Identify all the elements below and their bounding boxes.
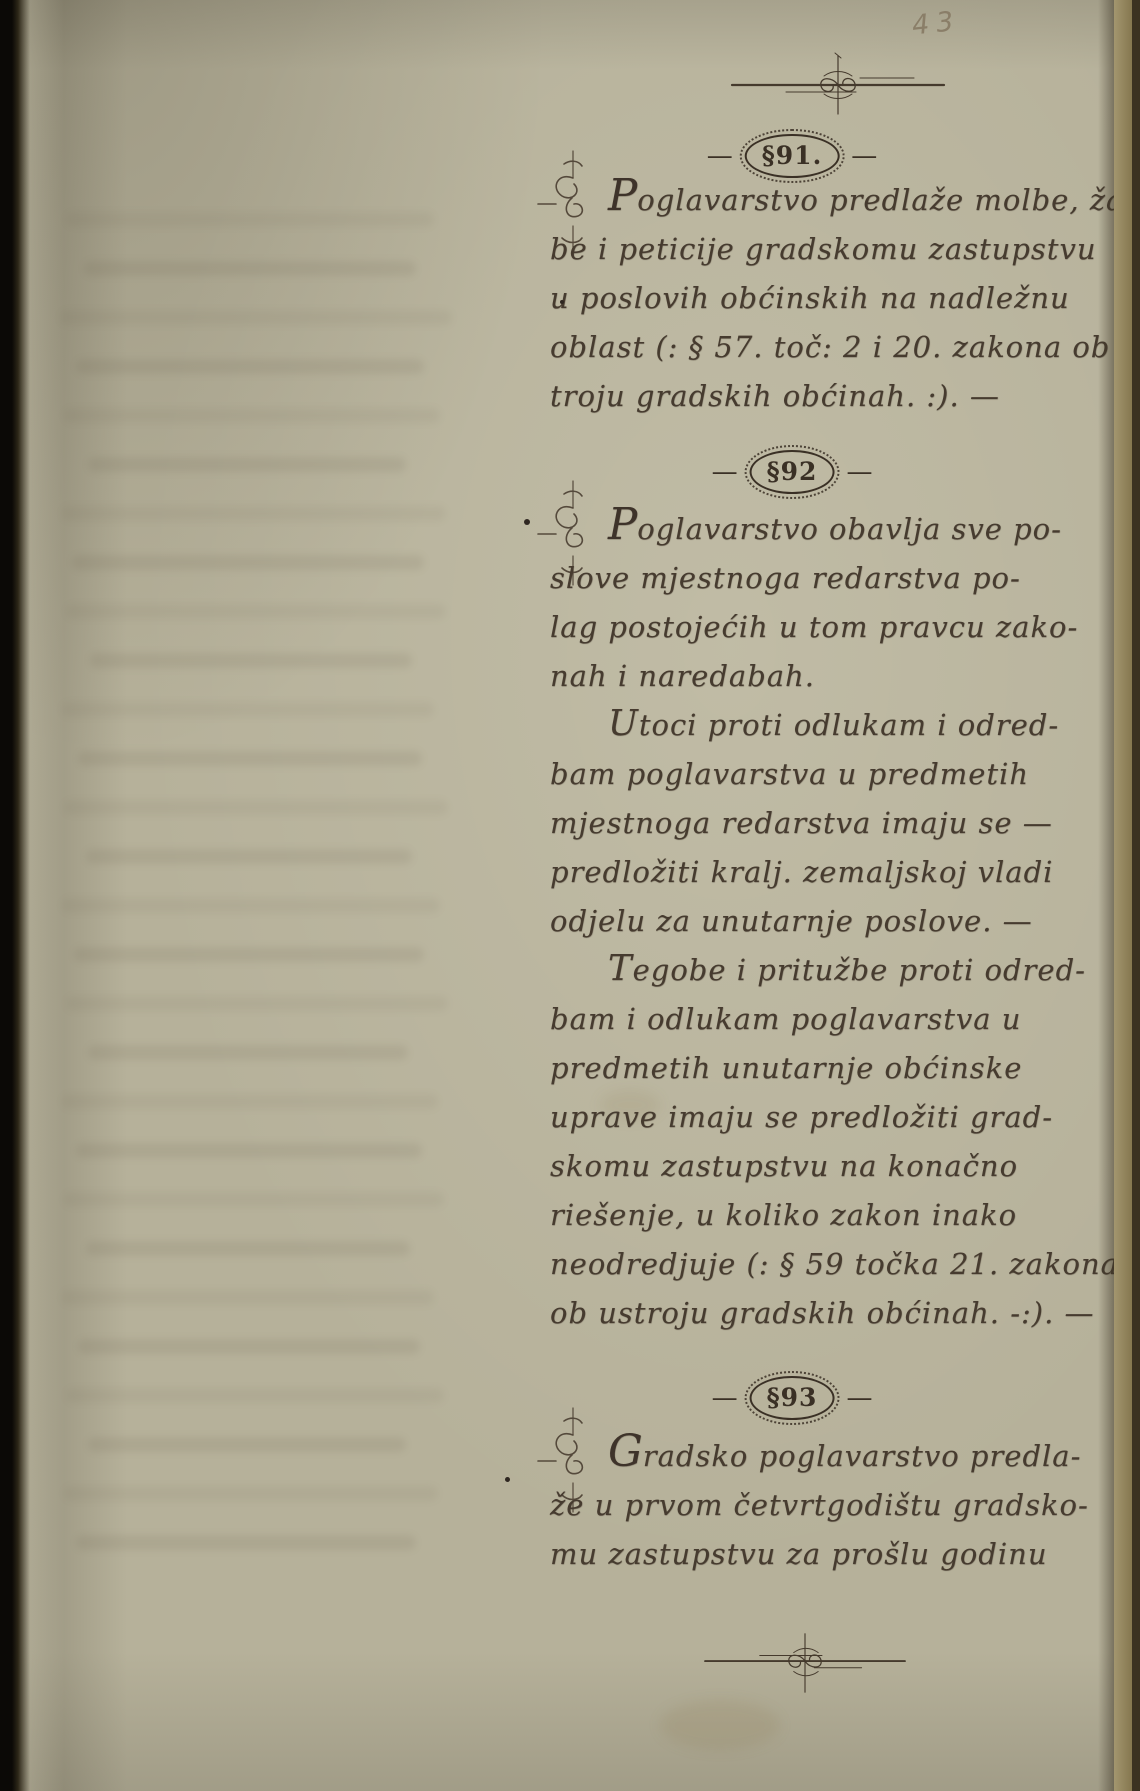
manuscript-page-scan: 43 — §91. — [0, 0, 1140, 1791]
paragraph: Poglavarstvo obavlja sve po- slove mjest… [550, 505, 1119, 701]
heading-dash: — [712, 1385, 738, 1411]
manuscript-line: bam poglavarstva u predmetih [550, 750, 1119, 799]
manuscript-line: Tegobe i pritužbe proti odred- [550, 946, 1119, 995]
bleed-through-mark [88, 1045, 408, 1060]
manuscript-line: predmetih unutarnje obćinske [550, 1044, 1119, 1093]
bleed-through-mark [76, 1535, 416, 1550]
bleed-through-mark [62, 506, 446, 521]
section-heading-badge: §93 [750, 1376, 835, 1420]
bleed-through-mark [72, 555, 424, 570]
manuscript-line: nah i naredabah. [550, 652, 1119, 701]
bleed-through-mark [64, 1486, 438, 1501]
bleed-through-mark [66, 212, 434, 227]
manuscript-line: mjestnoga redarstva imaju se — [550, 799, 1119, 848]
manuscript-line: odjelu za unutarnje poslove. — [550, 897, 1119, 946]
bleed-through-mark [62, 1094, 438, 1109]
section-heading-93: — §93 — [712, 1376, 873, 1420]
manuscript-line: slove mjestnoga redarstva po- [550, 554, 1119, 603]
manuscript-line: bam i odlukam poglavarstva u [550, 995, 1119, 1044]
manuscript-line: riešenje, u koliko zakon inako [550, 1191, 1119, 1240]
ink-speck [505, 1477, 510, 1482]
manuscript-line: be i peticije gradskomu zastupstvu [550, 225, 1140, 274]
bleed-through-mark [60, 310, 452, 325]
scan-background-right [1132, 0, 1140, 1791]
page-number: 43 [911, 6, 962, 42]
page-edge-left [0, 0, 30, 1791]
page-curl-shadow [1098, 0, 1114, 1791]
manuscript-line: predložiti kralj. zemaljskoj vladi [550, 848, 1119, 897]
manuscript-line: uprave imaju se predložiti grad- [550, 1093, 1119, 1142]
heading-dash: — [707, 143, 733, 169]
manuscript-line: lag postojećih u tom pravcu zako- [550, 603, 1119, 652]
paper-stain [660, 1700, 780, 1750]
heading-dash: — [712, 459, 738, 485]
manuscript-line: oblast (: § 57. toč: 2 i 20. zakona ob u… [550, 323, 1140, 372]
bleed-through-mark [62, 702, 434, 717]
manuscript-line: Poglavarstvo obavlja sve po- [550, 505, 1119, 554]
manuscript-line: u poslovih obćinskih na nadležnu [550, 274, 1140, 323]
calligraphic-divider-icon [728, 50, 948, 120]
bleed-through-mark [88, 1437, 406, 1452]
manuscript-line: Utoci proti odlukam i odred- [550, 701, 1119, 750]
bottom-divider-ornament [700, 1630, 910, 1700]
manuscript-line: skomu zastupstvu na konačno [550, 1142, 1119, 1191]
section-heading-92: — §92 — [712, 450, 873, 494]
paragraph: Tegobe i pritužbe proti odred- bam i odl… [550, 946, 1119, 1338]
bleed-through-mark [76, 1143, 422, 1158]
bleed-through-mark [78, 751, 422, 766]
calligraphic-divider-icon [700, 1630, 910, 1696]
section-92-text: Poglavarstvo obavlja sve po- slove mjest… [550, 505, 1119, 1338]
bleed-through-mark [66, 604, 446, 619]
manuscript-line: Gradsko poglavarstvo predla- [550, 1432, 1089, 1481]
section-93-text: Gradsko poglavarstvo predla- že u prvom … [550, 1432, 1089, 1579]
section-heading-91: — §91. — [707, 134, 878, 178]
bleed-through-mark [88, 457, 406, 472]
paragraph: Utoci proti odlukam i odred- bam poglava… [550, 701, 1119, 946]
manuscript-line: mu zastupstvu za prošlu godinu [550, 1530, 1089, 1579]
bleed-through-mark [90, 653, 412, 668]
section-91-text: Poglavarstvo predlaže molbe, žao- be i p… [550, 176, 1140, 421]
bleed-through-mark [86, 1241, 410, 1256]
heading-dash: — [851, 143, 877, 169]
bleed-through-mark [66, 1388, 444, 1403]
bleed-through-mark [76, 359, 424, 374]
section-heading-badge: §91. [745, 134, 840, 178]
section-heading-badge: §92 [750, 450, 835, 494]
heading-dash: — [846, 459, 872, 485]
bleed-through-mark [66, 996, 448, 1011]
manuscript-line: ob ustroju gradskih obćinah. -:). — [550, 1289, 1119, 1338]
ink-speck [524, 519, 530, 525]
heading-dash: — [846, 1385, 872, 1411]
bleed-through-mark [78, 1339, 420, 1354]
bleed-through-mark [64, 408, 440, 423]
bleed-through-mark [64, 1192, 444, 1207]
bleed-through-mark [62, 898, 440, 913]
manuscript-line: neodredjuje (: § 59 točka 21. zakona [550, 1240, 1119, 1289]
page-edge-right [1114, 0, 1132, 1791]
bleed-through-mark [62, 1290, 434, 1305]
top-divider-ornament [728, 50, 948, 124]
manuscript-line: že u prvom četvrtgodištu gradsko- [550, 1481, 1089, 1530]
bleed-through-mark [86, 849, 412, 864]
manuscript-line: troju gradskih obćinah. :). — [550, 372, 1140, 421]
bleed-through-mark [84, 261, 416, 276]
bleed-through-mark [74, 947, 424, 962]
ink-speck [560, 300, 564, 304]
manuscript-line: Poglavarstvo predlaže molbe, žao- [550, 176, 1140, 225]
bleed-through-mark [64, 800, 448, 815]
